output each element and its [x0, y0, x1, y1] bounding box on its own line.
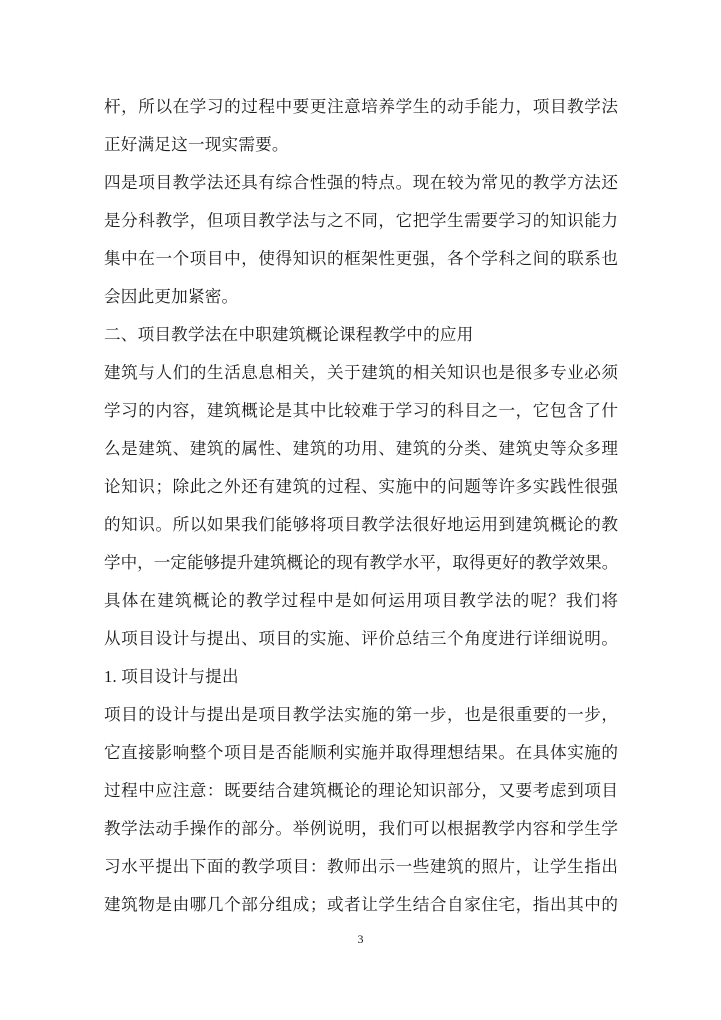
body-line: 过程中应注意：既要结合建筑概论的理论知识部分，又要考虑到项目: [104, 772, 618, 810]
body-line: 建筑与人们的生活息息相关，关于建筑的相关知识也是很多专业必须: [104, 354, 618, 392]
body-line: 项目的设计与提出是项目教学法实施的第一步，也是很重要的一步，: [104, 696, 618, 734]
body-line: 是分科教学，但项目教学法与之不同，它把学生需要学习的知识能力: [104, 202, 618, 240]
page-number: 3: [0, 929, 721, 949]
body-line: 建筑物是由哪几个部分组成；或者让学生结合自家住宅，指出其中的: [104, 886, 618, 924]
numbered-heading: 1. 项目设计与提出: [104, 658, 618, 696]
body-line: 学中，一定能够提升建筑概论的现有教学水平，取得更好的教学效果。: [104, 544, 618, 582]
body-line: 的知识。所以如果我们能够将项目教学法很好地运用到建筑概论的教: [104, 506, 618, 544]
section-heading: 二、项目教学法在中职建筑概论课程教学中的应用: [104, 316, 618, 354]
body-line: 它直接影响整个项目是否能顺利实施并取得理想结果。在具体实施的: [104, 734, 618, 772]
body-line: 具体在建筑概论的教学过程中是如何运用项目教学法的呢？我们将: [104, 582, 618, 620]
document-text-block: 杆，所以在学习的过程中要更注意培养学生的动手能力，项目教学法 正好满足这一现实需…: [104, 88, 618, 924]
body-line: 论知识；除此之外还有建筑的过程、实施中的问题等许多实践性很强: [104, 468, 618, 506]
body-line: 集中在一个项目中，使得知识的框架性更强，各个学科之间的联系也: [104, 240, 618, 278]
body-line: 四是项目教学法还具有综合性强的特点。现在较为常见的教学方法还: [104, 164, 618, 202]
body-line: 教学法动手操作的部分。举例说明，我们可以根据教学内容和学生学: [104, 810, 618, 848]
body-line: 杆，所以在学习的过程中要更注意培养学生的动手能力，项目教学法: [104, 88, 618, 126]
body-line: 正好满足这一现实需要。: [104, 126, 618, 164]
body-line: 会因此更加紧密。: [104, 278, 618, 316]
body-line: 学习的内容，建筑概论是其中比较难于学习的科目之一，它包含了什: [104, 392, 618, 430]
body-line: 么是建筑、建筑的属性、建筑的功用、建筑的分类、建筑史等众多理: [104, 430, 618, 468]
body-line: 习水平提出下面的教学项目：教师出示一些建筑的照片，让学生指出: [104, 848, 618, 886]
document-page: 杆，所以在学习的过程中要更注意培养学生的动手能力，项目教学法 正好满足这一现实需…: [0, 0, 721, 1020]
body-line: 从项目设计与提出、项目的实施、评价总结三个角度进行详细说明。: [104, 620, 618, 658]
